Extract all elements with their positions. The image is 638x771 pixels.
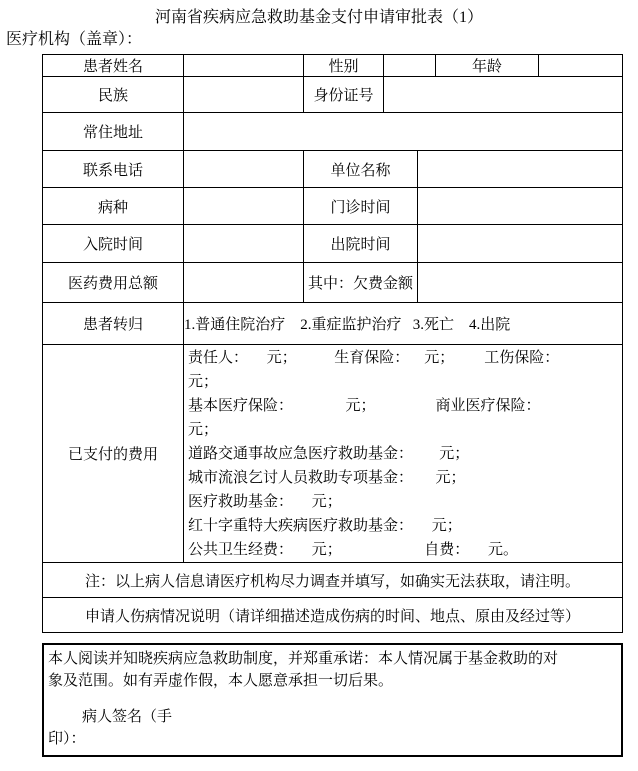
paid-expenses-label: 已支付的费用 xyxy=(43,345,184,563)
total-cost-label: 医药费用总额 xyxy=(43,263,184,303)
paid-line: 元； xyxy=(184,418,622,442)
medical-org-seal-label: 医疗机构（盖章）： xyxy=(6,31,142,49)
employer-value[interactable] xyxy=(418,151,623,188)
declaration-line: 本人阅读并知晓疾病应急救助制度，并郑重承诺：本人情况属于基金救助的对 xyxy=(48,648,617,670)
row-outcome: 患者转归 1.普通住院治疗 2.重症监护治疗 3.死亡 4.出院 xyxy=(43,303,623,345)
disease-label: 病种 xyxy=(43,188,184,225)
age-label: 年龄 xyxy=(436,55,539,77)
row-phone: 联系电话 单位名称 xyxy=(43,151,623,188)
disease-value[interactable] xyxy=(184,188,304,225)
row-ethnicity: 民族 身份证号 xyxy=(43,77,623,113)
row-note: 注：以上病人信息请医疗机构尽力调查并填写，如确实无法获取，请注明。 xyxy=(43,563,623,598)
paid-line: 元； xyxy=(184,370,622,394)
paid-line: 红十字重特大疾病医疗救助基金： 元； xyxy=(184,514,622,538)
ethnicity-label: 民族 xyxy=(43,77,184,113)
ethnicity-value[interactable] xyxy=(184,77,304,113)
row-paid-expenses: 已支付的费用 责任人： 元； 生育保险： 元； 工伤保险： 元； 基本医疗保险：… xyxy=(43,345,623,563)
arrears-label: 其中：欠费金额 xyxy=(304,263,418,303)
address-label: 常住地址 xyxy=(43,113,184,151)
discharge-time-label: 出院时间 xyxy=(304,225,418,263)
row-address: 常住地址 xyxy=(43,113,623,151)
form-page: 河南省疾病应急救助基金支付申请审批表（1） 医疗机构（盖章）： 患者姓名 性别 … xyxy=(0,0,638,771)
paid-line: 医疗救助基金： 元； xyxy=(184,490,622,514)
paid-line: 道路交通事故应急医疗救助基金： 元； xyxy=(184,442,622,466)
admission-time-label: 入院时间 xyxy=(43,225,184,263)
application-form-table: 患者姓名 性别 年龄 民族 身份证号 常住地址 联系电话 单位名称 病种 门诊 xyxy=(42,54,623,633)
phone-label: 联系电话 xyxy=(43,151,184,188)
declaration-line: 象及范围。如有弄虚作假，本人愿意承担一切后果。 xyxy=(48,670,617,692)
declaration-block: 本人阅读并知晓疾病应急救助制度，并郑重承诺：本人情况属于基金救助的对 象及范围。… xyxy=(42,643,623,757)
row-patient-name: 患者姓名 性别 年龄 xyxy=(43,55,623,77)
arrears-value[interactable] xyxy=(418,263,623,303)
patient-name-value[interactable] xyxy=(184,55,304,77)
paid-line: 公共卫生经费： 元； 自费： 元。 xyxy=(184,538,622,562)
paid-line: 责任人： 元； 生育保险： 元； 工伤保险： xyxy=(184,346,622,370)
gender-value[interactable] xyxy=(384,55,436,77)
row-admission: 入院时间 出院时间 xyxy=(43,225,623,263)
paid-line: 基本医疗保险： 元； 商业医疗保险： xyxy=(184,394,622,418)
discharge-time-value[interactable] xyxy=(418,225,623,263)
page-title: 河南省疾病应急救助基金支付申请审批表（1） xyxy=(0,8,638,28)
outcome-label: 患者转归 xyxy=(43,303,184,345)
phone-value[interactable] xyxy=(184,151,304,188)
patient-signature-label: 病人签名（手 xyxy=(48,706,617,728)
injury-description-label[interactable]: 申请人伤病情况说明（请详细描述造成伤病的时间、地点、原由及经过等） xyxy=(43,598,623,633)
note-text: 注：以上病人信息请医疗机构尽力调查并填写，如确实无法获取，请注明。 xyxy=(43,563,623,598)
id-number-value[interactable] xyxy=(384,77,623,113)
outcome-options[interactable]: 1.普通住院治疗 2.重症监护治疗 3.死亡 4.出院 xyxy=(184,303,623,345)
row-disease: 病种 门诊时间 xyxy=(43,188,623,225)
row-injury-description: 申请人伤病情况说明（请详细描述造成伤病的时间、地点、原由及经过等） xyxy=(43,598,623,633)
row-total-cost: 医药费用总额 其中：欠费金额 xyxy=(43,263,623,303)
patient-signature-field[interactable]: 印）： xyxy=(48,728,617,750)
paid-line: 城市流浪乞讨人员救助专项基金： 元； xyxy=(184,466,622,490)
id-number-label: 身份证号 xyxy=(304,77,384,113)
total-cost-value[interactable] xyxy=(184,263,304,303)
patient-name-label: 患者姓名 xyxy=(43,55,184,77)
age-value[interactable] xyxy=(539,55,623,77)
outpatient-time-label: 门诊时间 xyxy=(304,188,418,225)
admission-time-value[interactable] xyxy=(184,225,304,263)
gender-label: 性别 xyxy=(304,55,384,77)
outpatient-time-value[interactable] xyxy=(418,188,623,225)
address-value[interactable] xyxy=(184,113,623,151)
employer-label: 单位名称 xyxy=(304,151,418,188)
paid-expenses-detail[interactable]: 责任人： 元； 生育保险： 元； 工伤保险： 元； 基本医疗保险： 元； 商业医… xyxy=(184,345,623,563)
